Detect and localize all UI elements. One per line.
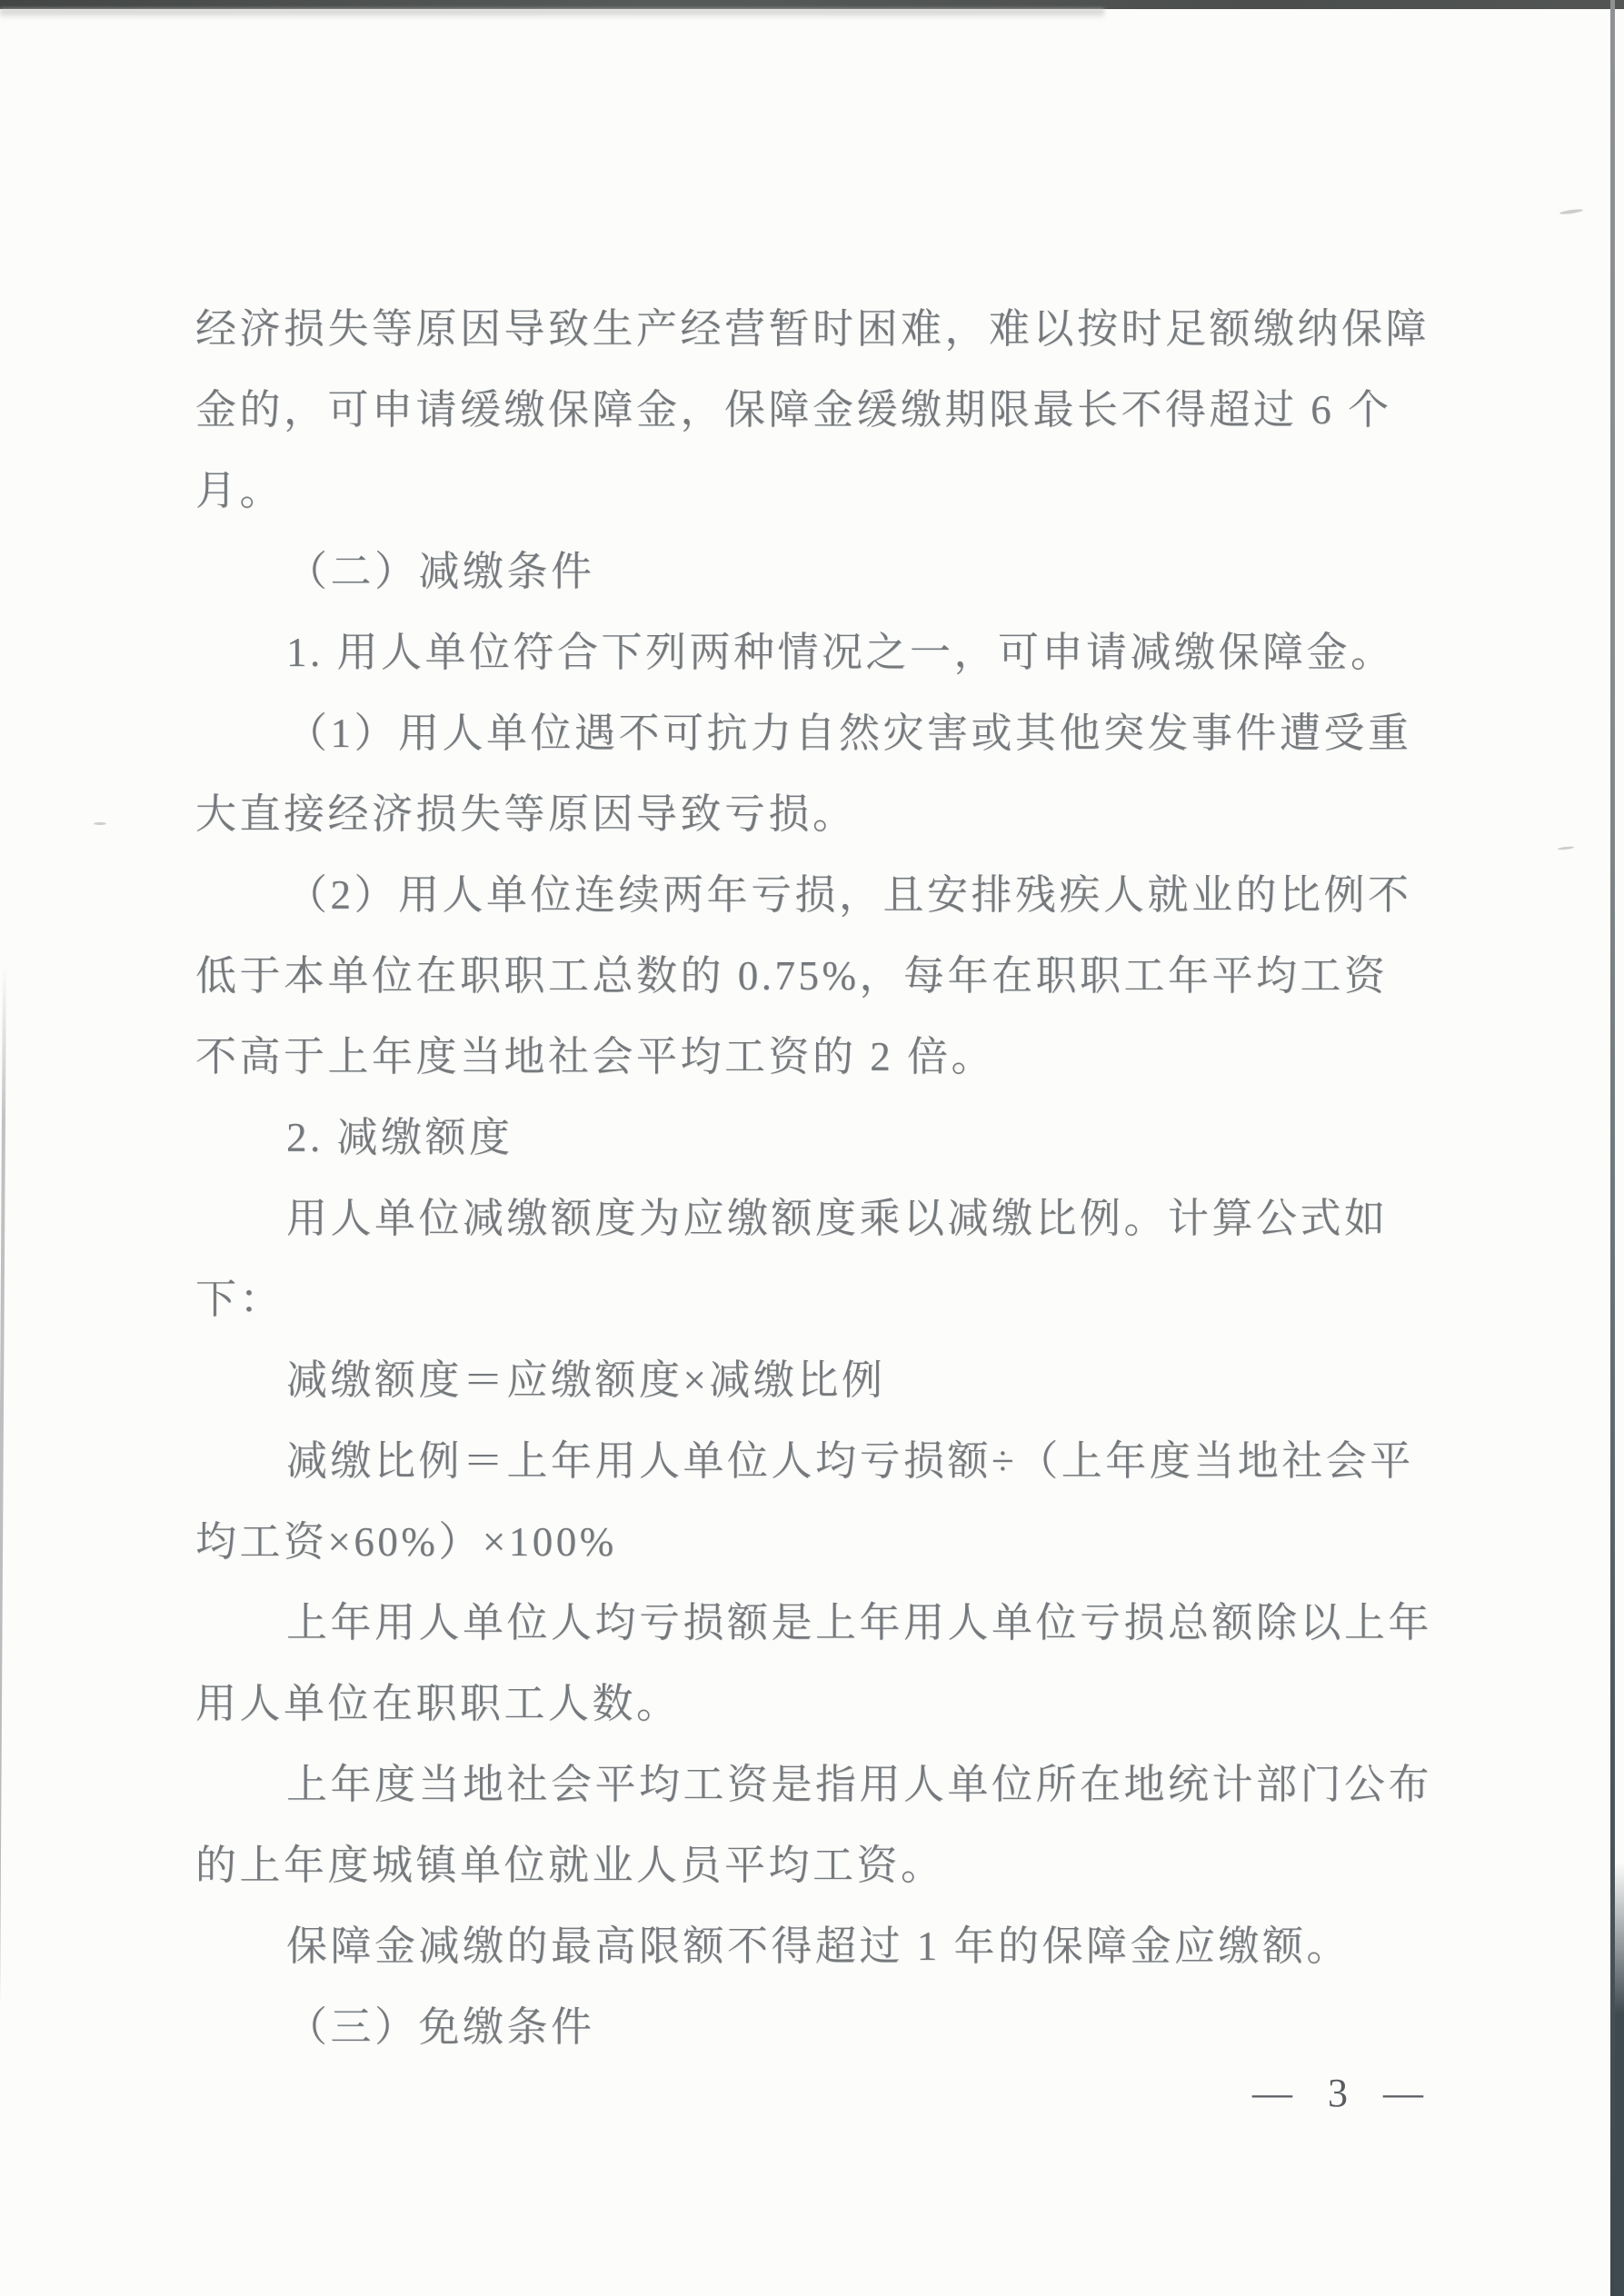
text-line: 上年用人单位人均亏损额是上年用人单位亏损总额除以上年 bbox=[195, 1583, 1431, 1664]
text-line: 下： bbox=[195, 1259, 1431, 1340]
scan-right-corner-shadow bbox=[1615, 1863, 1624, 2296]
text-line: 用人单位在职职工人数。 bbox=[195, 1664, 1431, 1744]
text-line: 1. 用人单位符合下列两种情况之一，可申请减缴保障金。 bbox=[195, 612, 1431, 693]
scan-top-edge-shadow bbox=[0, 9, 1104, 19]
page-number: — 3 — bbox=[1252, 2070, 1436, 2117]
scan-left-edge bbox=[0, 965, 6, 2287]
text-line: （二）减缴条件 bbox=[195, 532, 1431, 612]
text-line: （2）用人单位连续两年亏损，且安排残疾人就业的比例不 bbox=[195, 855, 1431, 936]
text-line: 均工资×60%）×100% bbox=[195, 1502, 1431, 1583]
text-line: 大直接经济损失等原因导致亏损。 bbox=[195, 774, 1431, 855]
text-line: （三）免缴条件 bbox=[195, 1987, 1431, 2068]
text-line: 经济损失等原因导致生产经营暂时困难，难以按时足额缴纳保障 bbox=[195, 289, 1431, 370]
text-line: 低于本单位在职职工总数的 0.75%，每年在职职工年平均工资 bbox=[195, 936, 1431, 1017]
text-line: 不高于上年度当地社会平均工资的 2 倍。 bbox=[195, 1017, 1431, 1098]
scan-top-edge bbox=[0, 0, 1624, 9]
text-line: 用人单位减缴额度为应缴额度乘以减缴比例。计算公式如 bbox=[195, 1178, 1431, 1259]
text-line: 月。 bbox=[195, 451, 1431, 532]
text-line: 减缴额度＝应缴额度×减缴比例 bbox=[195, 1340, 1431, 1421]
text-line: 保障金减缴的最高限额不得超过 1 年的保障金应缴额。 bbox=[195, 1906, 1431, 1987]
text-line: 的上年度城镇单位就业人员平均工资。 bbox=[195, 1825, 1431, 1906]
text-line: 2. 减缴额度 bbox=[195, 1098, 1431, 1178]
scan-speck bbox=[1558, 846, 1574, 850]
text-line: 上年度当地社会平均工资是指用人单位所在地统计部门公布 bbox=[195, 1744, 1431, 1825]
document-body: 经济损失等原因导致生产经营暂时困难，难以按时足额缴纳保障金的，可申请缓缴保障金，… bbox=[195, 289, 1431, 2068]
text-line: 金的，可申请缓缴保障金，保障金缓缴期限最长不得超过 6 个 bbox=[195, 370, 1431, 451]
text-line: （1）用人单位遇不可抗力自然灾害或其他突发事件遭受重 bbox=[195, 693, 1431, 774]
scan-speck bbox=[1559, 208, 1583, 215]
document-page: 经济损失等原因导致生产经营暂时困难，难以按时足额缴纳保障金的，可申请缓缴保障金，… bbox=[0, 0, 1624, 2296]
text-line: 减缴比例＝上年用人单位人均亏损额÷（上年度当地社会平 bbox=[195, 1421, 1431, 1502]
scan-speck bbox=[94, 822, 106, 825]
